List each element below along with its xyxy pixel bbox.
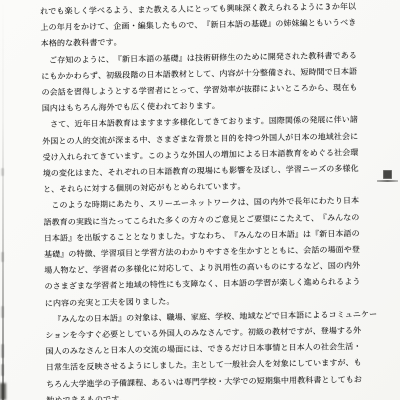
text-line: と、それらに対する個別の対応がもとめられています。 (43, 180, 388, 196)
text-line: れでも楽しく学べるよう、また教える人にとっても興味深く教えられるように3か年以 (40, 2, 385, 18)
scanned-page: れでも楽しく学べるよう、また教える人にとっても興味深く教えられるように3か年以 … (0, 0, 400, 400)
text-line: のさまざまな学習者と地域の特性にも支障なく、日本語の学習が楽しく進められるよう (44, 277, 389, 293)
text-line: 国人のみなさんと日本人の交流の場面には、できるだけ日本事情と日本人の社会生活・ (45, 342, 390, 358)
text-line: 日本語』を出版することとなりました。すなわち、『みんなの日本語』は『新日本語の (44, 228, 389, 244)
text-line: の会話を習得しようとする学習者にとって、学習効率が抜群によいところから、現在も (41, 83, 386, 99)
scan-edge-artifact (1, 364, 4, 376)
text-line-partial: 勧めできるものです。 (46, 390, 391, 400)
text-line: 国内はもちろん海外でも広く使われております。 (42, 99, 387, 115)
scan-edge-artifact (1, 168, 4, 176)
text-line: 語教育の実践に当たってこられた多くの方々のご意見とご要望にこたえて、『みんなの (43, 212, 388, 228)
text-line: に内容の充実と工夫を図りました。 (45, 293, 390, 309)
text-line: このような時期にあたり、スリーエーネットワークは、国の内外で長年にわたり日本 (43, 196, 388, 212)
text-line: 本格的な教科書です。 (41, 34, 386, 50)
scan-edge-artifact (1, 344, 4, 358)
page-text: れでも楽しく学べるよう、また教える人にとっても興味深く教えられるように3か年以 … (40, 2, 386, 400)
text-line: にもかかわらず、初級段階の日本語教材として、内容が十分整備され、短時間で日本語 (41, 66, 386, 82)
text-line: ちろん大学進学の予備課程、あるいは専門学校・大学での短期集中用教科書としてもお (46, 374, 391, 390)
scan-edge-line (2, 0, 4, 400)
text-line: 基礎』の特徴、学習項目と学習方法のわかりやすさを生かすとともに、会話の場面や登 (44, 245, 389, 261)
text-line: ご存知のように、『新日本語の基礎』は技術研修生のために開発された教科書である (41, 50, 386, 66)
text-line: 場人物など、学習者の多様化に対応して、より汎用性の高いものにするなど、国の内外 (44, 261, 389, 277)
scan-edge-artifact (1, 306, 4, 318)
text-line: さて、近年日本語教育はますます多様化してきております。国際関係の発展に伴い諸 (42, 115, 387, 131)
margin-stamp-mark (383, 170, 392, 179)
text-line: 上の年月をかけて、企画・編集したもので、『新日本語の基礎』の姉妹編ともいうべき (40, 18, 385, 34)
scan-edge-corner-smudge (0, 383, 6, 400)
text-line: 『みんなの日本語』の対象は、職場、家庭、学校、地域などで日本語によるコミュニケー (45, 309, 390, 325)
text-line: 外国との人的交流が深まる中、さまざまな背景と目的を持つ外国人が日本の地域社会に (42, 131, 387, 147)
scan-edge-artifact (1, 252, 4, 262)
text-line: 日常生活を反映させるようにしました。主として一般社会人を対象にしていますが、も (46, 358, 391, 374)
margin-stamp-underline (377, 180, 398, 182)
text-line: ションを今すぐ必要としている外国人のみなさんです。初級の教材ですが、登場する外 (45, 326, 390, 342)
text-line: 境の変化はまた、それぞれの日本語教育の現場にも影響を及ぼし、学習ニーズの多様化 (43, 164, 388, 180)
text-line: 受け入れられてきています。このような外国人の増加による日本語教育をめぐる社会環 (42, 147, 387, 163)
